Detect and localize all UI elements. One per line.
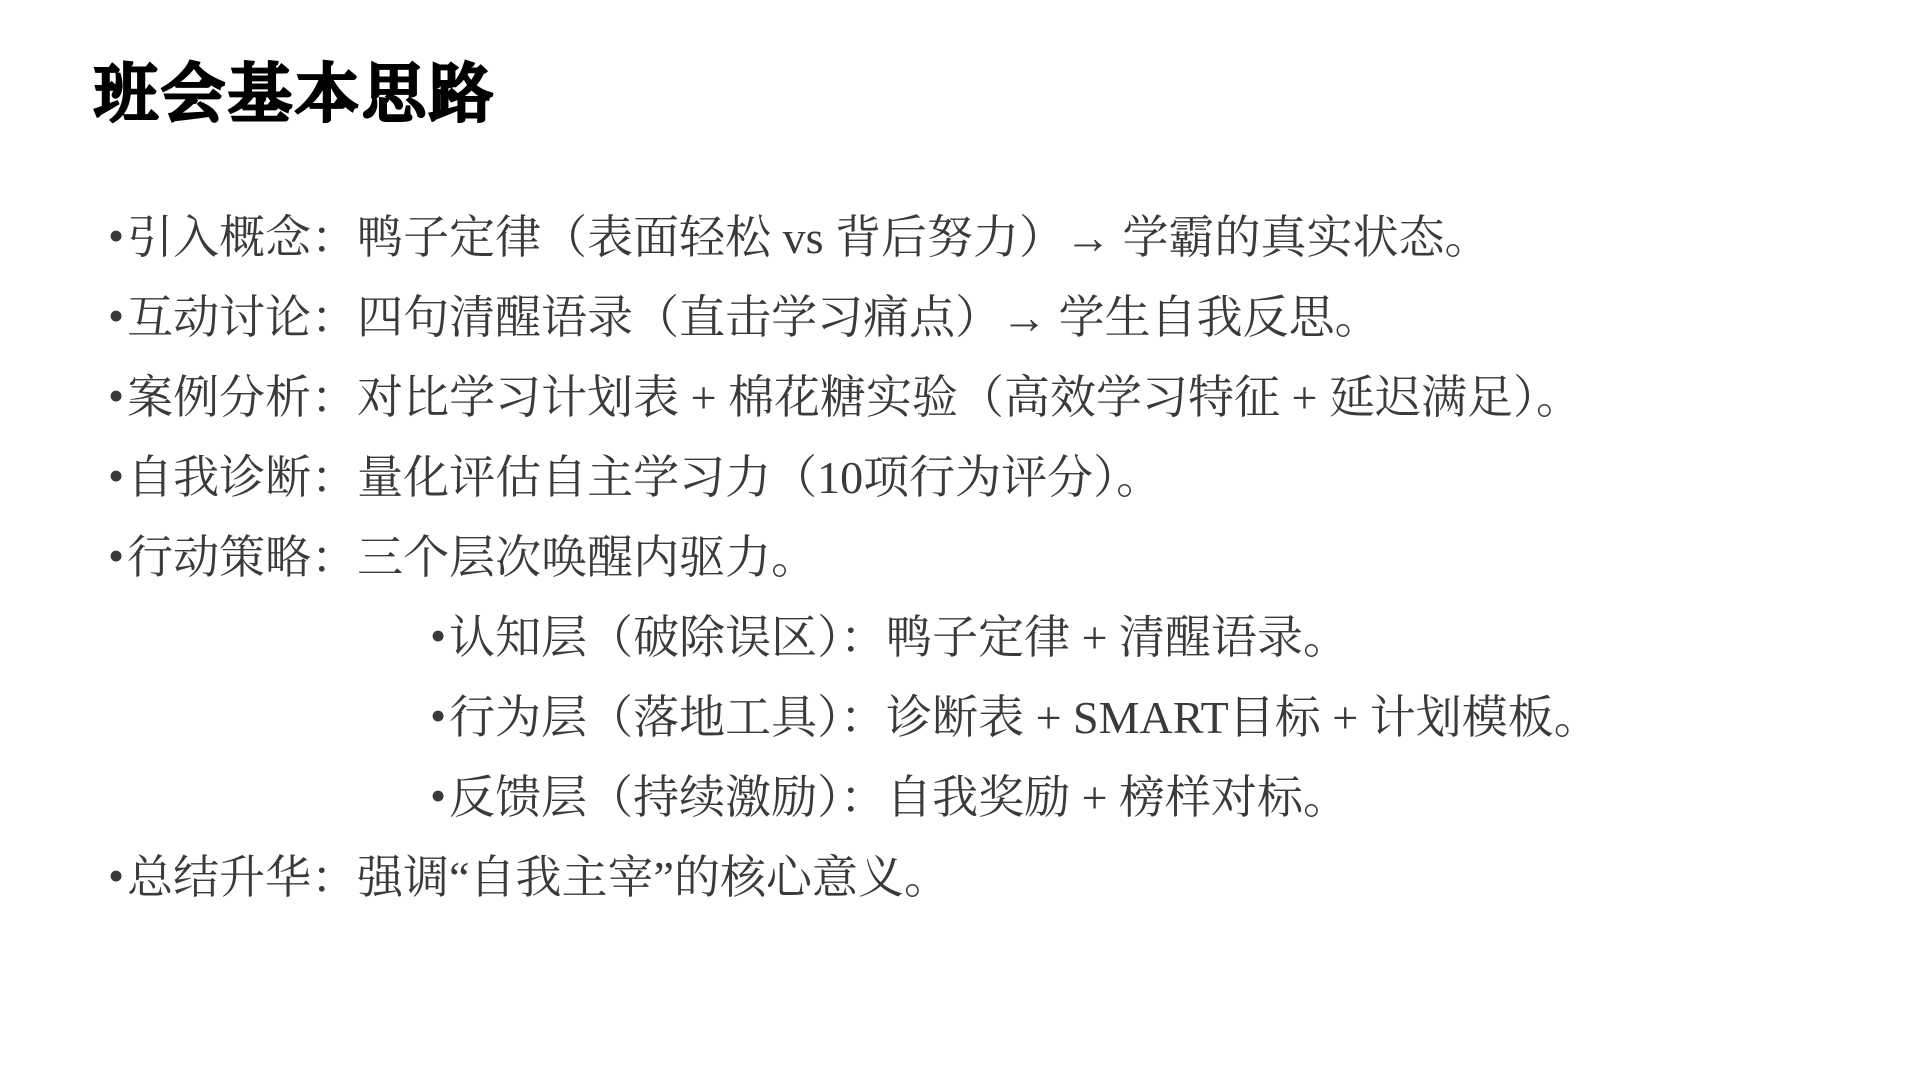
sub-bullet-item: •行为层（落地工具）：诊断表 + SMART目标 + 计划模板。 — [430, 678, 1600, 758]
bullet-text: 认知层（破除误区）：鸭子定律 + 清醒语录。 — [449, 612, 1349, 663]
bullet-icon: • — [430, 596, 446, 676]
slide: 班会基本思路 •引入概念：鸭子定律（表面轻松 vs 背后努力）→ 学霸的真实状态… — [0, 0, 1920, 1080]
bullet-item: •行动策略：三个层次唤醒内驱力。 — [108, 518, 1600, 598]
bullet-item: •引入概念：鸭子定律（表面轻松 vs 背后努力）→ 学霸的真实状态。 — [108, 198, 1600, 278]
sub-bullet-item: •反馈层（持续激励）：自我奖励 + 榜样对标。 — [430, 758, 1600, 838]
bullet-icon: • — [108, 836, 124, 916]
bullet-icon: • — [430, 756, 446, 836]
sub-bullet-item: •认知层（破除误区）：鸭子定律 + 清醒语录。 — [430, 598, 1600, 678]
bullet-text: 案例分析：对比学习计划表 + 棉花糖实验（高效学习特征 + 延迟满足）。 — [127, 372, 1582, 423]
bullet-text: 引入概念：鸭子定律（表面轻松 vs 背后努力）→ 学霸的真实状态。 — [127, 212, 1490, 263]
bullet-item: •互动讨论：四句清醒语录（直击学习痛点）→ 学生自我反思。 — [108, 278, 1600, 358]
bullet-text: 互动讨论：四句清醒语录（直击学习痛点）→ 学生自我反思。 — [127, 292, 1381, 343]
bullet-text: 自我诊断：量化评估自主学习力（10项行为评分）。 — [127, 452, 1162, 503]
bullet-text: 总结升华：强调“自我主宰”的核心意义。 — [127, 852, 950, 903]
bullet-icon: • — [108, 196, 124, 276]
bullet-text: 行动策略：三个层次唤醒内驱力。 — [127, 532, 817, 583]
bullet-icon: • — [108, 436, 124, 516]
bullet-list: •引入概念：鸭子定律（表面轻松 vs 背后努力）→ 学霸的真实状态。•互动讨论：… — [108, 198, 1600, 918]
bullet-item: •总结升华：强调“自我主宰”的核心意义。 — [108, 838, 1600, 918]
slide-title: 班会基本思路 — [94, 58, 496, 132]
bullet-item: •自我诊断：量化评估自主学习力（10项行为评分）。 — [108, 438, 1600, 518]
bullet-icon: • — [108, 516, 124, 596]
bullet-icon: • — [108, 356, 124, 436]
bullet-icon: • — [430, 676, 446, 756]
bullet-item: •案例分析：对比学习计划表 + 棉花糖实验（高效学习特征 + 延迟满足）。 — [108, 358, 1600, 438]
bullet-icon: • — [108, 276, 124, 356]
bullet-text: 行为层（落地工具）：诊断表 + SMART目标 + 计划模板。 — [449, 692, 1600, 743]
bullet-text: 反馈层（持续激励）：自我奖励 + 榜样对标。 — [449, 772, 1349, 823]
